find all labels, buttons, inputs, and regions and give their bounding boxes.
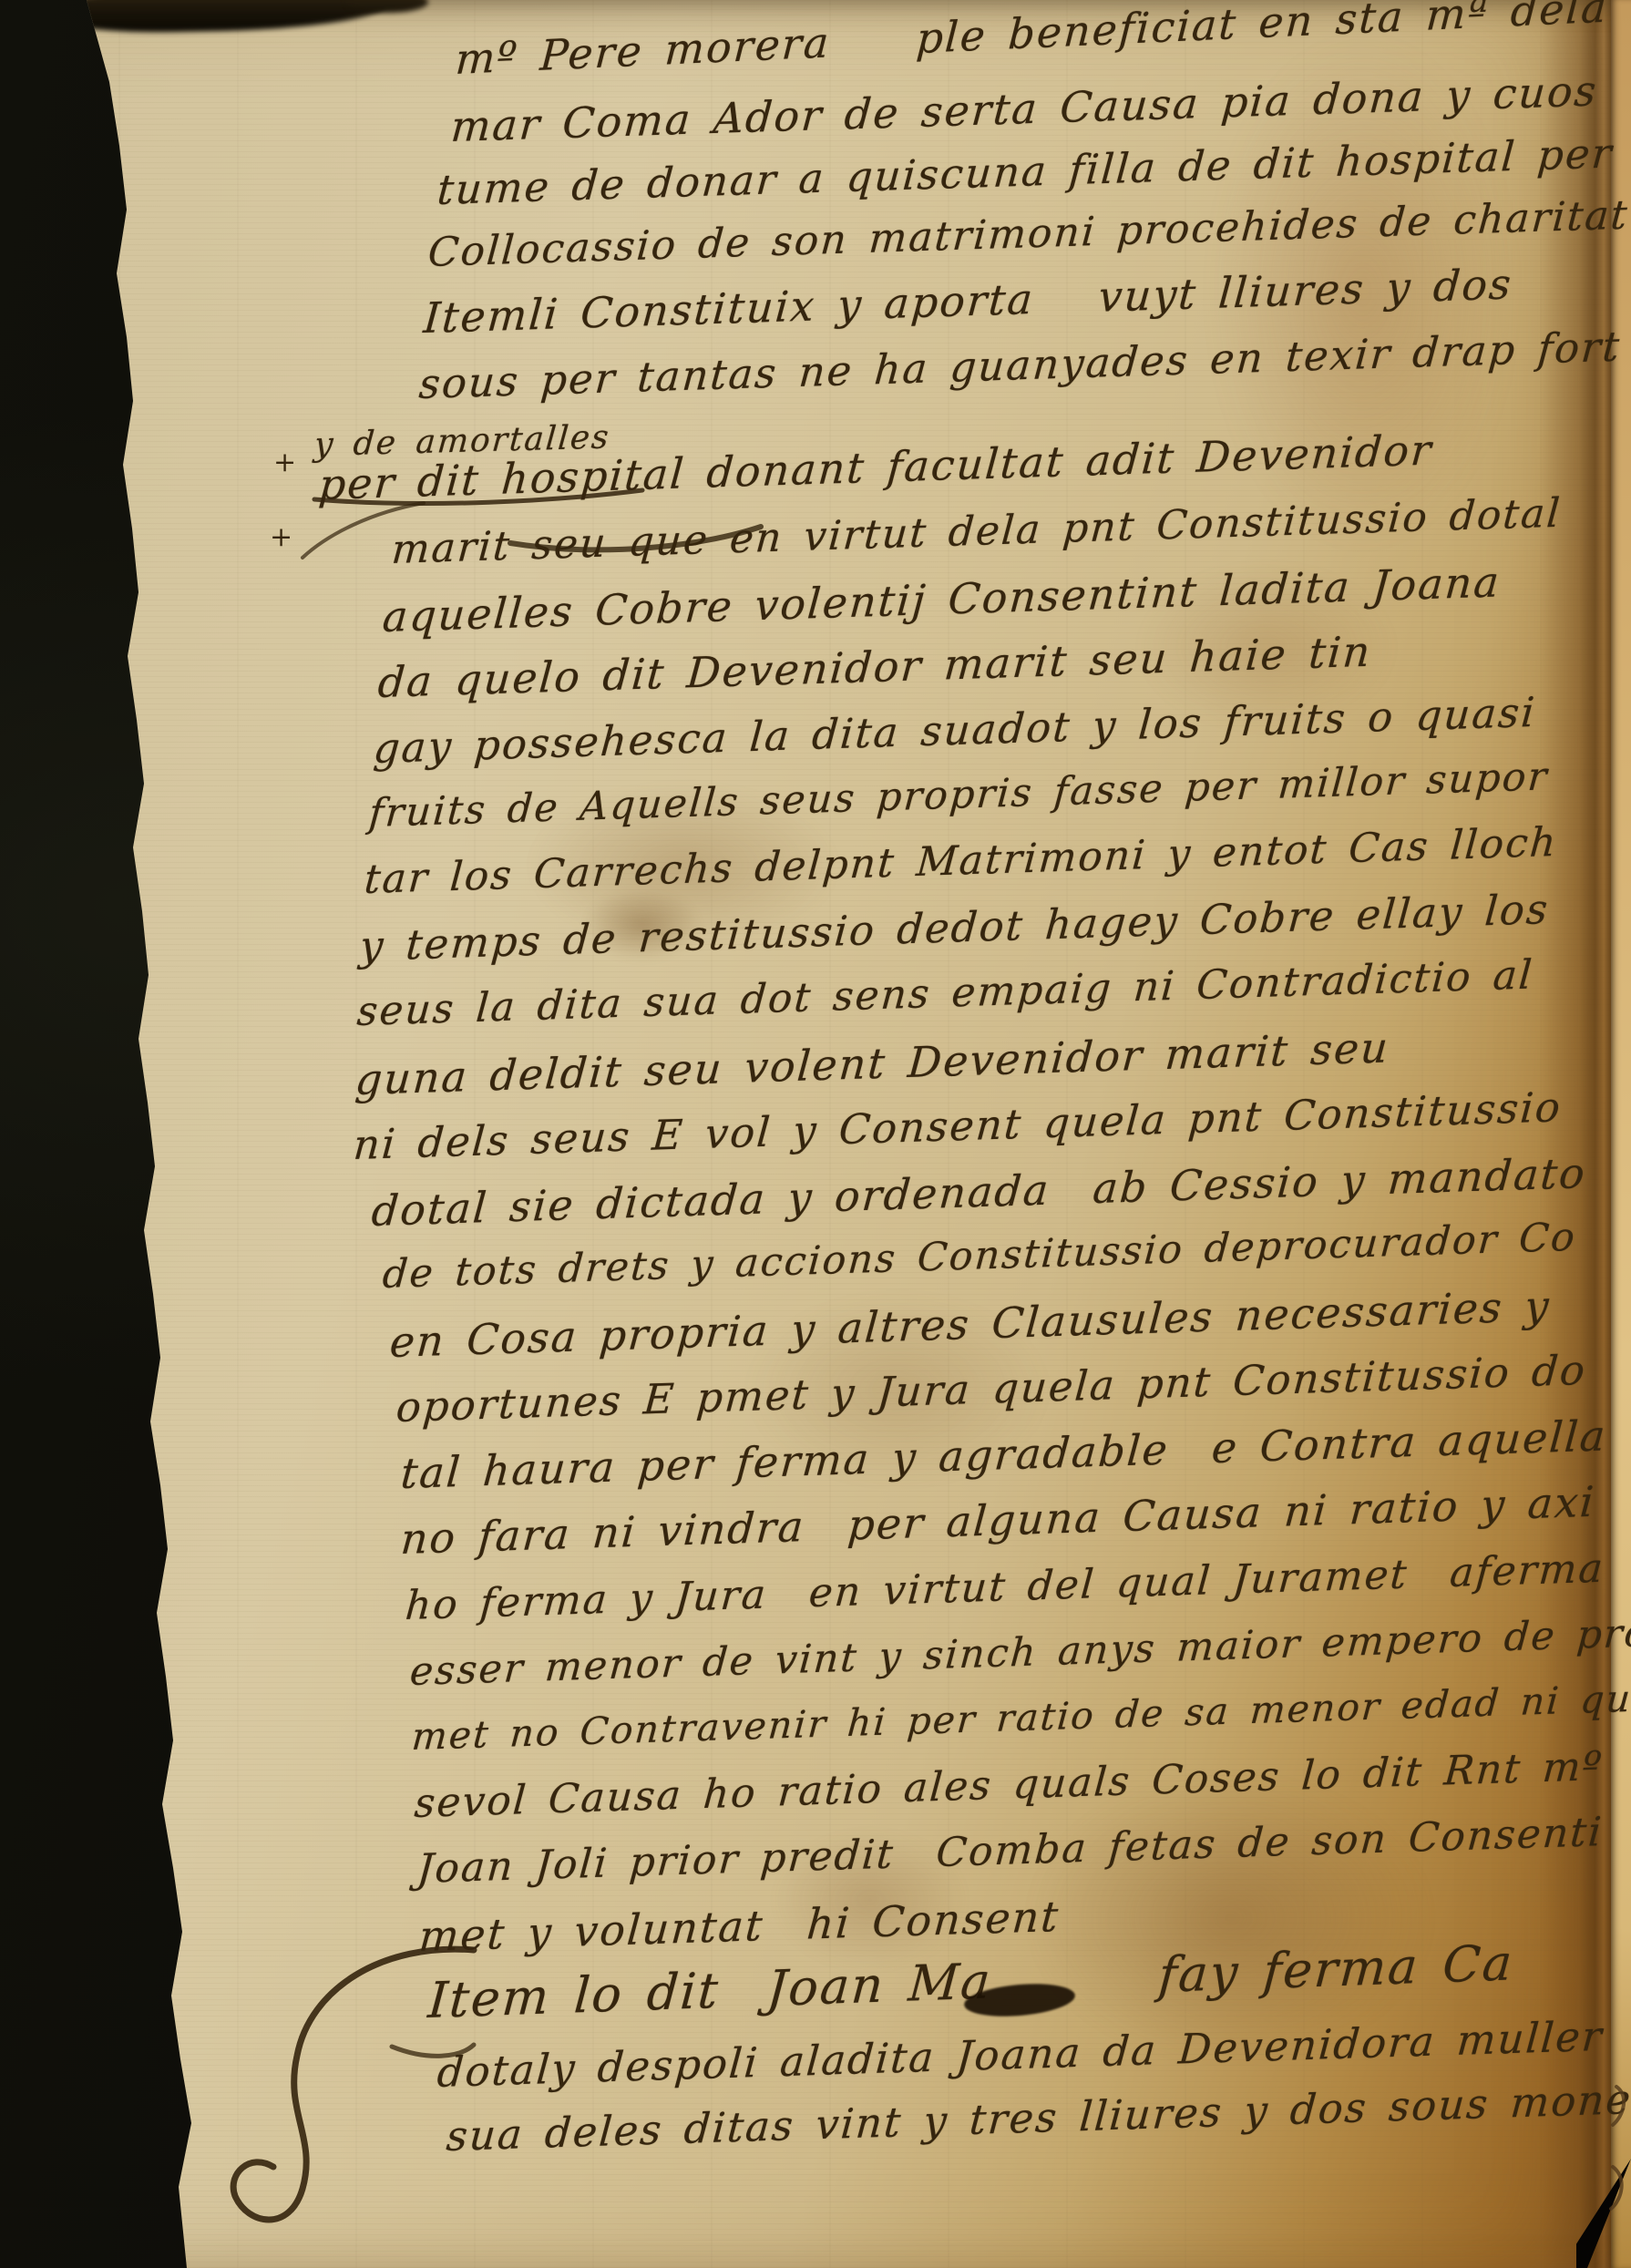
handwriting-layer: mº Pere morera ple beneficiat en sta mª … — [0, 0, 1631, 2268]
manuscript-line: Joan Joli prior predit Comba fetas de so… — [415, 1809, 1605, 1893]
manuscript-scan: mº Pere morera ple beneficiat en sta mª … — [0, 0, 1631, 2268]
margin-cross-mark: + — [273, 446, 296, 478]
manuscript-line: da quelo dit Devenidor marit seu haie ti… — [376, 627, 1373, 707]
manuscript-line: met y voluntat hi Consent — [417, 1892, 1062, 1961]
margin-cross-mark: + — [270, 521, 292, 553]
